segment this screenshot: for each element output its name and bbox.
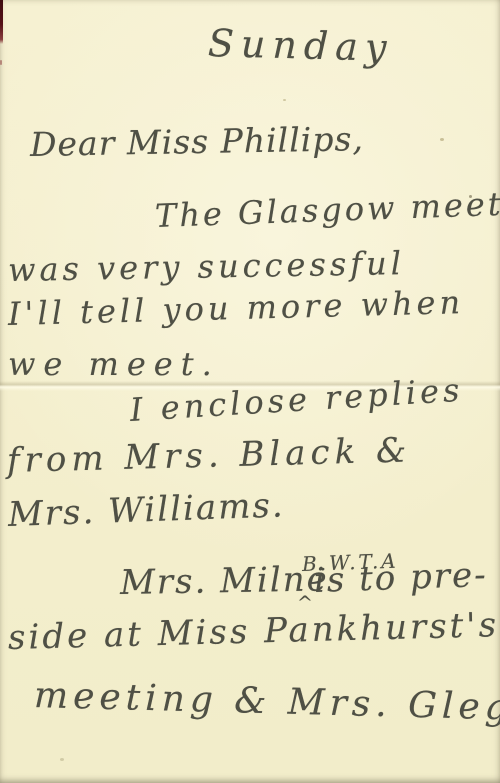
letter-line-tell-more: I'll tell you more when (8, 286, 465, 330)
letter-line-successful: was very successful (8, 247, 405, 286)
letter-line-williams: Mrs. Williams. (7, 488, 285, 532)
letter-line-glasgow: The Glasgow meeting (154, 186, 500, 232)
letter-line-pankhurst: side at Miss Pankhurst's (8, 608, 500, 655)
paper-speck (283, 99, 286, 101)
letter-line-from-black: from Mrs. Black & (7, 433, 412, 478)
letter-line-glegg: meeting & Mrs. Glegg (34, 678, 500, 727)
date-line: Sunday (208, 24, 394, 67)
letter-line-we-meet: we meet. (8, 348, 220, 380)
paper-speck (60, 758, 64, 761)
binding-strip (0, 0, 3, 44)
binding-remnant-dot (0, 60, 2, 65)
salutation: Dear Miss Phillips, (30, 122, 364, 161)
paper-speck (440, 138, 444, 141)
letter-line-is-to-preside: is to pre- (313, 558, 488, 598)
letter-scan: Sunday Dear Miss Phillips, The Glasgow m… (0, 0, 500, 783)
